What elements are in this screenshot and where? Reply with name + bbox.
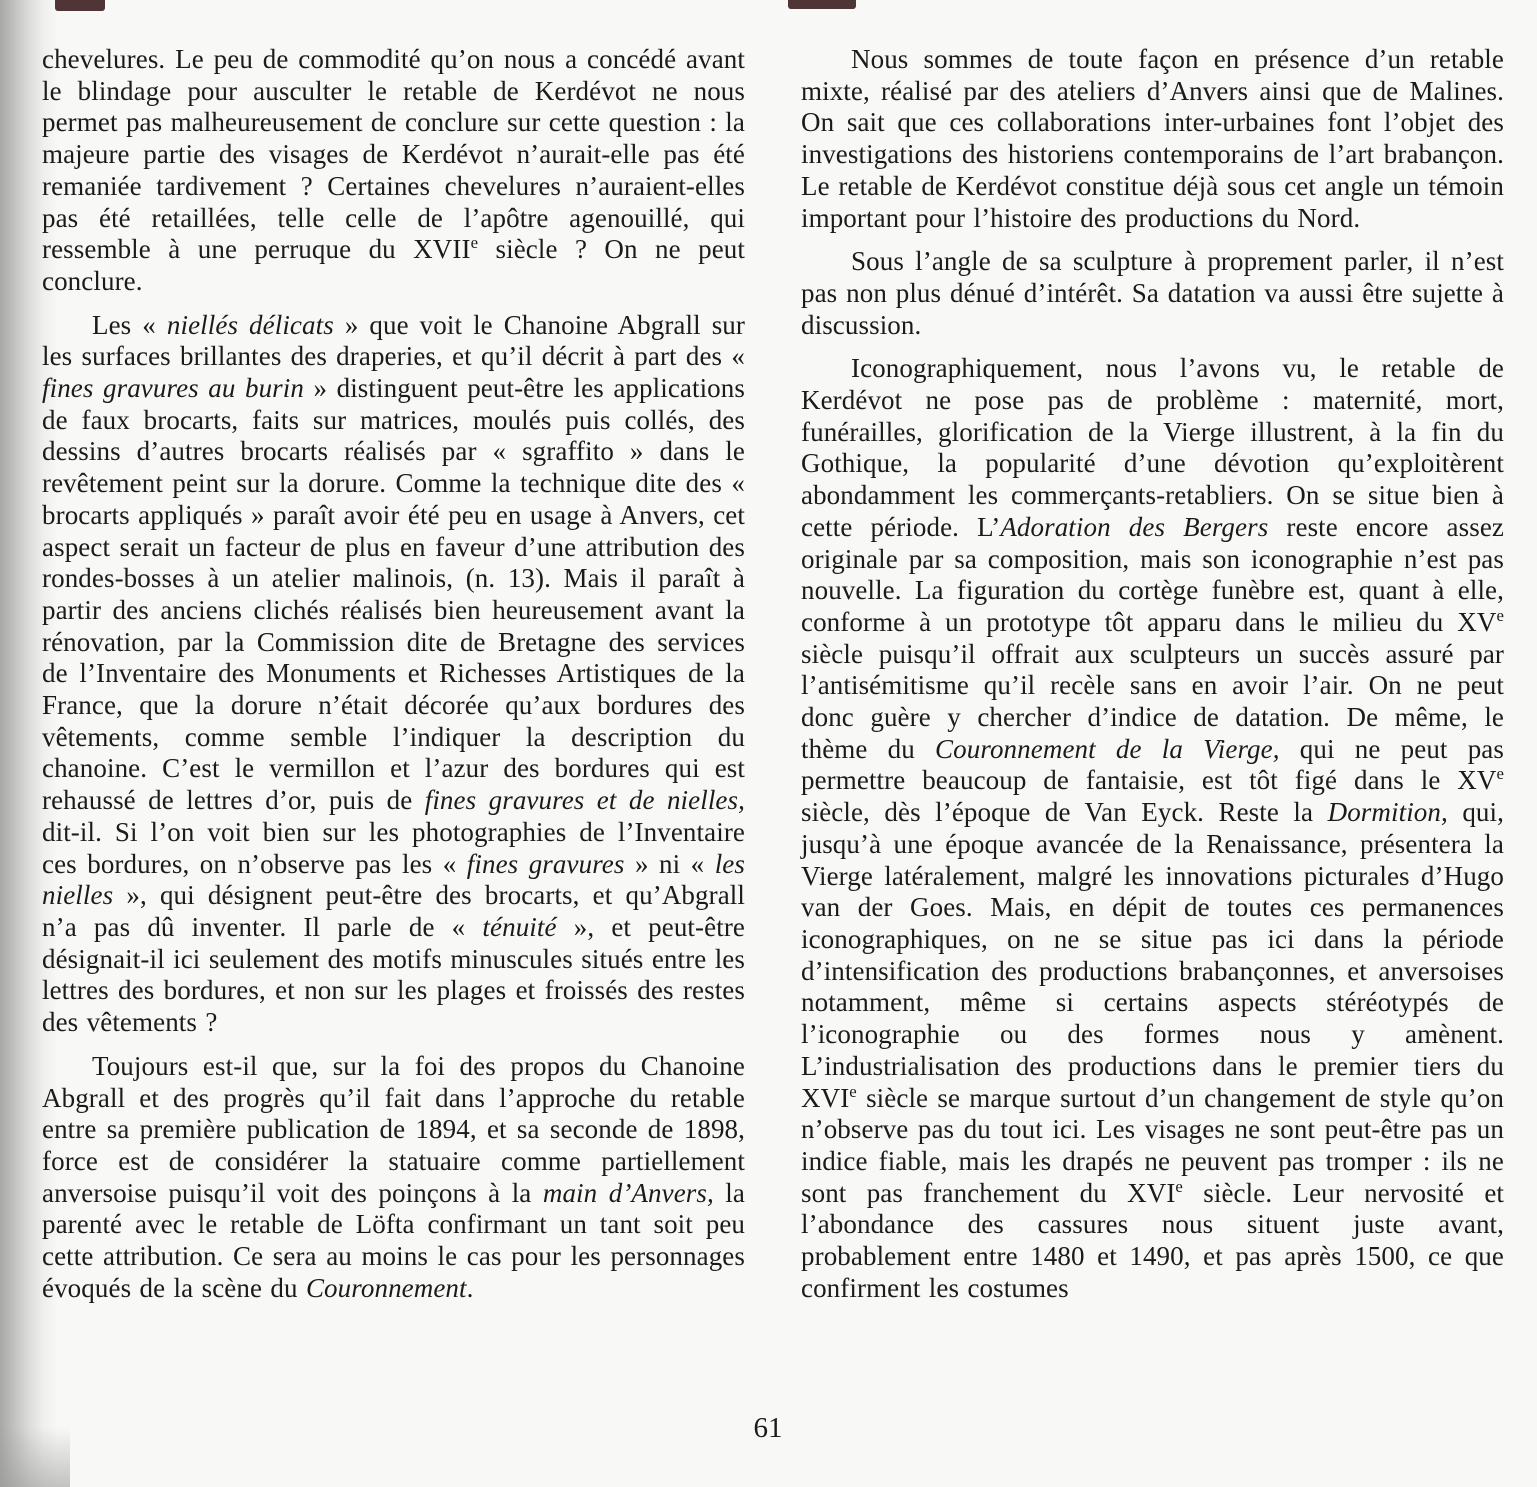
paragraph: Iconographiquement, nous l’avons vu, le … — [801, 353, 1504, 1304]
paragraph: chevelures. Le peu de commodité qu’on no… — [42, 44, 745, 298]
left-column: chevelures. Le peu de commodité qu’on no… — [42, 44, 745, 1304]
paragraph: Sous l’angle de sa sculpture à propremen… — [801, 246, 1504, 341]
scan-artifact-top-center — [788, 0, 856, 9]
scan-artifact-top-left — [55, 0, 105, 11]
book-page: chevelures. Le peu de commodité qu’on no… — [0, 0, 1537, 1487]
right-column: Nous sommes de toute façon en présence d… — [801, 44, 1504, 1304]
paragraph: Nous sommes de toute façon en présence d… — [801, 44, 1504, 234]
scan-bottom-smudge — [0, 1427, 70, 1487]
paragraph: Toujours est-il que, sur la foi des prop… — [42, 1051, 745, 1305]
paragraph: Les « niellés délicats » que voit le Cha… — [42, 310, 745, 1039]
two-column-text-block: chevelures. Le peu de commodité qu’on no… — [42, 44, 1504, 1304]
page-number: 61 — [738, 1412, 798, 1445]
